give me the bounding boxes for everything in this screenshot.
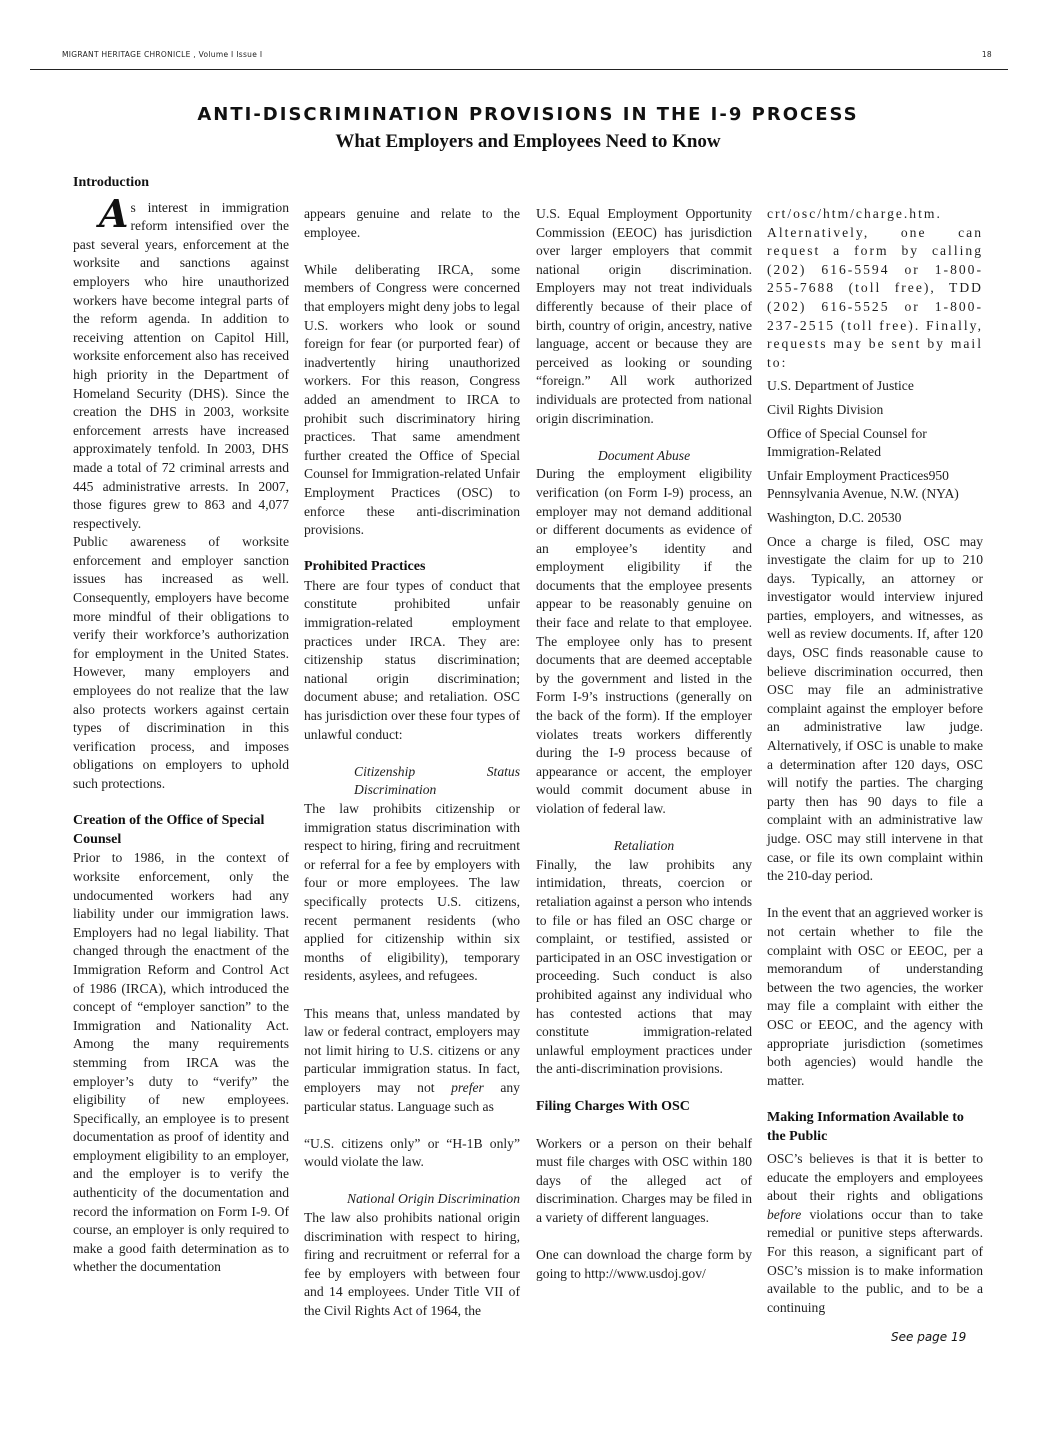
publication-name: MIGRANT HERITAGE CHRONICLE , Volume I Is… — [62, 50, 262, 59]
continuation-link[interactable]: See page 19 — [891, 1330, 966, 1344]
intro-paragraph-1: As interest in immigration reform intens… — [73, 199, 289, 534]
address-line-3: Office of Special Counsel for Immigratio… — [767, 425, 983, 462]
column-4: crt/osc/htm/charge.htm. Alternatively, o… — [767, 205, 983, 1317]
address-line-2: Civil Rights Division — [767, 401, 983, 420]
public-info-paragraph-1: OSC’s believes is that it is better to e… — [767, 1150, 983, 1317]
creation-paragraph-2: While deliberating IRCA, some members of… — [304, 261, 520, 540]
article-subtitle: What Employers and Employees Need to Kno… — [0, 131, 1056, 153]
address-line-1: U.S. Department of Justice — [767, 377, 983, 396]
page-number: 18 — [982, 50, 992, 59]
filing-paragraph-2: One can download the charge form by goin… — [536, 1246, 752, 1283]
intro-paragraph-2: Public awareness of worksite enforcement… — [73, 533, 289, 793]
citizenship-paragraph-2: This means that, unless mandated by law … — [304, 1005, 520, 1117]
creation-paragraph-1: Prior to 1986, in the context of worksit… — [73, 849, 289, 1277]
filing-paragraph-3: Once a charge is filed, OSC may investig… — [767, 533, 983, 886]
subheading-citizenship-status: Citizenship Status Discrimination — [304, 763, 520, 800]
subheading-retaliation: Retaliation — [536, 837, 752, 856]
article-title: ANTI-DISCRIMINATION PROVISIONS IN THE I-… — [0, 104, 1056, 125]
section-heading-public-info: Making Information Available to the Publ… — [767, 1109, 983, 1146]
section-heading-prohibited-practices: Prohibited Practices — [304, 558, 520, 577]
document-abuse-paragraph-1: During the employment eligibility verifi… — [536, 465, 752, 818]
section-heading-introduction: Introduction — [73, 174, 289, 193]
creation-paragraph-1-continued: appears genuine and relate to the employ… — [304, 205, 520, 242]
prohibited-paragraph-1: There are four types of conduct that con… — [304, 577, 520, 744]
subheading-document-abuse: Document Abuse — [536, 447, 752, 466]
national-origin-paragraph-1-continued: U.S. Equal Employment Opportunity Commis… — [536, 205, 752, 428]
column-2: appears genuine and relate to the employ… — [304, 205, 520, 1321]
column-3: U.S. Equal Employment Opportunity Commis… — [536, 205, 752, 1283]
retaliation-paragraph-1: Finally, the law prohibits any intimidat… — [536, 856, 752, 1079]
section-heading-creation-osc: Creation of the Office of Special Counse… — [73, 812, 289, 849]
national-origin-paragraph-1: The law also prohibits national origin d… — [304, 1209, 520, 1321]
citizenship-paragraph-3: “U.S. citizens only” or “H-1B only” woul… — [304, 1135, 520, 1172]
address-line-4: Unfair Employment Practices950 Pennsylva… — [767, 467, 983, 504]
column-1: Introduction As interest in immigration … — [73, 174, 289, 1277]
header-rule — [30, 69, 1008, 70]
section-heading-filing-charges: Filing Charges With OSC — [536, 1098, 752, 1117]
filing-paragraph-1: Workers or a person on their behalf must… — [536, 1135, 752, 1228]
filing-paragraph-4: In the event that an aggrieved worker is… — [767, 904, 983, 1090]
drop-cap: A — [99, 199, 128, 227]
running-header: MIGRANT HERITAGE CHRONICLE , Volume I Is… — [62, 48, 992, 62]
citizenship-paragraph-1: The law prohibits citizenship or immigra… — [304, 800, 520, 986]
subheading-national-origin: National Origin Discrimination — [304, 1190, 520, 1209]
filing-paragraph-2-continued: crt/osc/htm/charge.htm. Alternatively, o… — [767, 205, 983, 372]
address-line-5: Washington, D.C. 20530 — [767, 509, 983, 528]
